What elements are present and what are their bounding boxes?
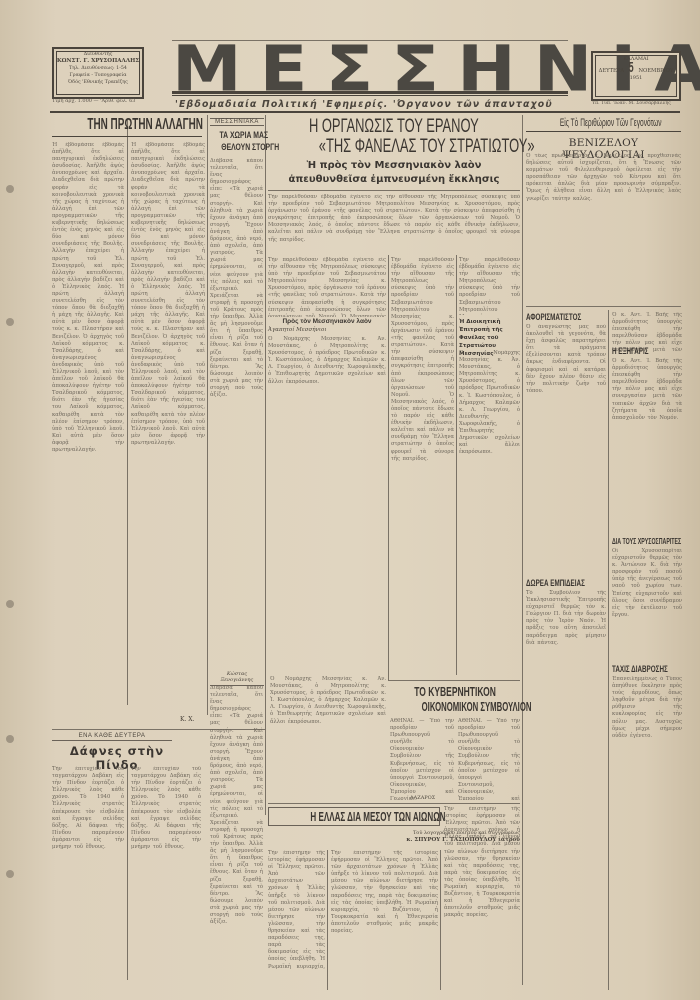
kicker-text: Εἰς Τὸ Περιθώριον Τῶν Γεγονότων — [560, 118, 662, 129]
lead-body-col3b: Ὁ Νομάρχης Μεσσηνίας κ. Ἀν. Μουστάκας, ὁ… — [459, 350, 520, 672]
section-rule — [268, 803, 520, 804]
column-divider — [388, 255, 389, 680]
price-issue-line: Τιμή άρχ. 1.000 — 'Αριθ. φύλ. 63 — [52, 98, 135, 104]
punch-hole — [6, 318, 14, 326]
article-headline-chrysosparites: ΔΙΑ ΤΟΥΣ ΧΡΥΣΟΣΠΑΡΙΤΕΣ — [612, 536, 681, 546]
article-body-continued: Τὴν ἑπιστήμην τῆς ἱστορίας ἐφήρμοσαν οἱ … — [444, 806, 520, 971]
subhead-line2: ἀπευθυνθεῖσα ἐμπνευσμένη ἔκκλησις — [268, 173, 520, 187]
article-signature: ΛΑΖΑΡΟΣ — [410, 795, 435, 801]
lead-body-col3: Τὴν παρελθοῦσαν ἑβδομάδα ἐγένετο εἰς τὴν… — [459, 257, 520, 315]
director-phone: Τηλ. Διευθύνσεως: 1-54 — [54, 65, 142, 72]
article-body: Διάβασα κάπου τελευταῖα, ὅτι ἕνας δημοσι… — [210, 158, 263, 668]
article-signature: Κ. Χ. — [180, 716, 194, 723]
offices-label: Γραφεία - Τυπογραφεία — [54, 72, 142, 79]
article-body: Ἡ ἐβδομάσπε ἐβδομὰς ἀπῆλθε, ὅτε αἱ πανηγ… — [52, 142, 124, 702]
column-divider — [608, 310, 609, 990]
article-headline-economic-council: ΤΟ ΚΥΒΕΡΝΗΤΙΚΟΝ ΟΙΚΟΝΟΜΙΚΟΝ ΣΥΜΒΟΥΛΙΟΝ — [388, 685, 522, 715]
lead-inner-heading: Πρὸς τὸν Μεσσηνιακὸν λαὸν — [268, 318, 386, 325]
masthead-tagline: 'Εβδομαδιαία Πολιτική 'Εφημερίς. 'Όργανο… — [175, 99, 557, 110]
headline-text: ΤΗΝ ΠΡΩΤΗΝ ΑΛΛΑΓΗΝ — [87, 117, 203, 133]
article-body: Διάβασα κάπου τελευταῖα, ὅτι ἕνας δημοσι… — [210, 685, 263, 975]
article-headline-greece-centuries: Η ΕΛΛΑΣ ΔΙΑ ΜΕΣΟΥ ΤΩΝ ΑΙΩΝΩΝ — [268, 807, 440, 826]
article-headline-aforismatistos: ΑΦΟΡΙΣΜΑΤΙΣΤΟΣ — [526, 312, 581, 322]
lead-body-col1: Τὴν παρελθοῦσαν ἑβδομάδα ἐγένετο εἰς τὴν… — [268, 257, 386, 317]
article-kicker-venizelos: Εἰς Τὸ Περιθώριον Τῶν Γεγονότων — [526, 118, 681, 132]
article-headline-first-change: ΤΗΝ ΠΡΩΤΗΝ ΑΛΛΑΓΗΝ — [52, 117, 202, 137]
punch-hole — [6, 870, 14, 878]
article-body: Ὁ Νομάρχης Μεσσηνίας κ. Ἀν. Μουστάκας, ὁ… — [270, 676, 386, 786]
column-divider — [127, 120, 128, 705]
section-rule — [388, 680, 520, 681]
month: ΝΟΕΜΒΡΙΟΥ — [638, 67, 673, 75]
article-body-continued: Ἡ ἐβδομάσπε ἐβδομὰς ἀπῆλθε, ὅτε αἱ πανηγ… — [131, 142, 205, 702]
column-divider — [265, 115, 266, 815]
article-headline-dorea: ΔΩΡΕΑ ΕΜΠΙΔΕΙΑΣ — [526, 578, 585, 588]
year: 1951 — [593, 75, 679, 82]
article-body: Τὸ Συμβούλιον τῆς Ἐκκλησιαστικῆς Ἐπιτροπ… — [526, 590, 606, 975]
lead-body-col1b: Ὁ Νομάρχης Μεσσηνίας κ. Ἀν. Μουστάκας, ὁ… — [268, 336, 386, 654]
article-body: Ὁ κ. Ἀντ. Ἰ. Βαῆς τῆς ἀρμοδιότητος ὑπουρ… — [612, 358, 682, 533]
article-body: Τὴν ἑπιστήμην τῆς ἱστορίας ἐφήρμοσαν οἱ … — [268, 850, 325, 970]
director-box: Διευθυντής ΚΩΝΣΤ. Γ. ΧΡΥΣΟΠΑΛΛΗΣ Τηλ. Δι… — [52, 47, 144, 99]
headline-line: ΟΙΚΟΝΟΜΙΚΟΝ ΣΥΜΒΟΥΛΙΟΝ — [422, 700, 532, 715]
date-line: ΔΕΥΤΕΡΑ 5 ΝΟΕΜΒΡΙΟΥ — [593, 64, 679, 75]
lead-body-col2: Τὴν παρελθοῦσαν ἑβδομάδα ἐγένετο εἰς τὴν… — [391, 257, 454, 672]
city-label: ΚΑΛΑΜΑΙ — [593, 55, 679, 64]
lead-subheadline: Ἡ πρὸς τὸν Μεσσηνιακὸν λαὸν ἀπευθυνθεῖσα… — [268, 159, 520, 187]
lead-inner-subheading: Ἀγαπητοί Μεσσήνιοι — [268, 327, 386, 333]
article-body: Ἐπανειλημμένως ὁ Τύπος ἀπηύθυνε ἔκκλησιν… — [612, 676, 682, 976]
article-body-continued: Τὴν ἑπιστήμην τῆς ἱστορίας ἐφήρμοσαν οἱ … — [331, 850, 438, 970]
printer-line: Ύπ. Τυπ. 'Ιωάν. Μ. Σουσαρβάλλης — [591, 101, 671, 106]
article-signature: Κώστας Ξενογιάννης — [210, 671, 264, 686]
day-number: 5 — [629, 64, 634, 72]
weekday: ΔΕΥΤΕΡΑ — [599, 67, 624, 75]
masthead-rule — [172, 91, 568, 94]
headline-text: Η ΕΛΛΑΣ ΔΙΑ ΜΕΣΟΥ ΤΩΝ ΑΙΩΝΩΝ — [310, 810, 445, 823]
column-divider — [440, 850, 441, 990]
punch-hole — [6, 735, 14, 743]
date-box: ΚΑΛΑΜΑΙ ΔΕΥΤΕΡΑ 5 ΝΟΕΜΒΡΙΟΥ 1951 — [591, 51, 681, 101]
masthead-rule-thin — [172, 95, 568, 96]
headline-line: ΤΟ ΚΥΒΕΡΝΗΤΙΚΟΝ — [414, 685, 496, 700]
article-body: Ὁ τέως πρωθυπουργὸς κ. Βενιζέλος, εἰς πρ… — [526, 153, 681, 303]
article-kicker: ΜΕΣΣΗΝΙΑΚΑ — [210, 118, 264, 126]
column-divider — [456, 255, 457, 675]
masthead-bottom-rule — [50, 111, 680, 113]
punch-hole — [6, 600, 14, 608]
article-headline-exegaris: Η ΕΞΗΓΑΡΙΣ — [612, 346, 648, 356]
headline-line: ΤΑ ΧΩΡΙΑ ΜΑΣ — [219, 130, 268, 142]
lead-headline: Η ΟΡΓΑΝΩΣΙΣ ΤΟΥ ΕΡΑΝΟΥ «ΤΗΣ ΦΑΝΕΛΑΣ ΤΟΥ … — [268, 117, 520, 157]
article-headline-villages: ΤΑ ΧΩΡΙΑ ΜΑΣ ΘΕΛΟΥΝ ΣΤΟΡΓΗ — [210, 130, 264, 154]
punch-hole — [6, 185, 14, 193]
column-divider — [327, 850, 328, 990]
article-body-continued: ΑΘΗΝΑΙ. — Ὑπὸ τὴν προεδρίαν τοῦ Πρωθυπου… — [458, 718, 520, 800]
lead-body-intro: Τὴν παρελθοῦσαν ἑβδομάδα ἐγένετο εἰς τὴν… — [268, 194, 520, 254]
section-rule — [526, 306, 681, 307]
column-divider — [207, 115, 208, 715]
director-name: ΚΩΝΣΤ. Γ. ΧΡΥΣΟΠΑΛΛΗΣ — [54, 58, 142, 65]
article-headline-traffic: ΤΑΧΙΣ ΔΙΑΒΡΟΣΗΣ — [612, 664, 668, 674]
lead-headline-line2: «ΤΗΣ ΦΑΝΕΛΑΣ ΤΟΥ ΣΤΡΑΤΙΩΤΟΥ» — [319, 137, 535, 157]
article-body: Οἱ Χρυσοσπαρῖται εὐχαριστοῦν θερμῶς τὸν … — [612, 548, 682, 660]
article-body-continued: Τὴν ἐπιτυχίαν τοῦ ταγματάρχου Δαβάκη εἰς… — [131, 766, 201, 976]
lead-rule — [268, 190, 520, 191]
article-body: Τὴν ἐπιτυχίαν τοῦ ταγματάρχου Δαβάκη εἰς… — [52, 766, 124, 976]
subhead-line1: Ἡ πρὸς τὸν Μεσσηνιακὸν λαὸν — [268, 159, 520, 173]
director-label: Διευθυντής — [54, 51, 142, 58]
column-divider — [127, 765, 128, 980]
lead-headline-line1: Η ΟΡΓΑΝΩΣΙΣ ΤΟΥ ΕΡΑΝΟΥ — [309, 117, 479, 137]
column-divider — [522, 115, 523, 985]
article-body: Ὁ ἀναγνώστης μας ποὺ ἀκολουθεῖ τὰ γεγονό… — [526, 324, 606, 574]
offices-address: Όδός 'Εθνικής Τραπέζης — [54, 79, 142, 86]
article-body: ΑΘΗΝΑΙ. — Ὑπὸ τὴν προεδρίαν τοῦ Πρωθυπου… — [390, 718, 454, 800]
article-kicker: ΕΝΑ ΚΑΘΕ ΔΕΥΤΕΡΑ — [52, 733, 172, 741]
